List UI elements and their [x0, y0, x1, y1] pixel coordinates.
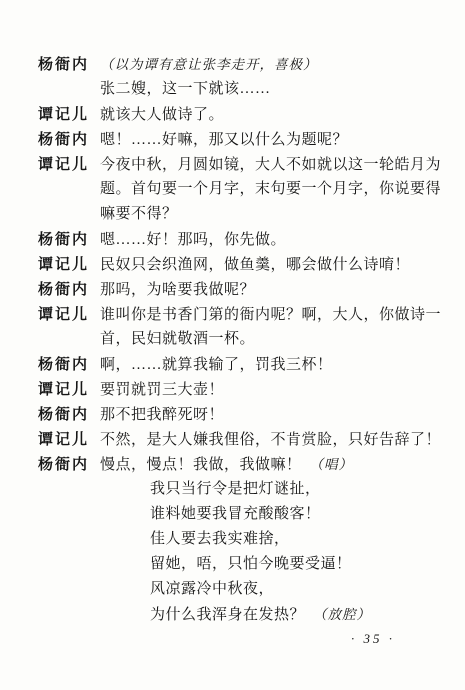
dialogue-text: 民奴只会织渔网，做鱼羹，哪会做什么诗唷！ — [100, 253, 410, 278]
script-line: 留她，唔，只怕今晚要受逼！ — [38, 552, 438, 577]
script-line: 我只当行令是把灯谜扯， — [38, 477, 438, 502]
dialogue-text: 那吗，为啥要我做呢？ — [100, 278, 255, 303]
script-text-block: 杨衙内 （以为谭有意让张李走开，喜极） 张二嫂，这一下就该…… 谭记儿 就该大人… — [38, 52, 438, 627]
verse-line: 佳人要去我实难捨， — [38, 527, 290, 552]
speaker-name: 杨衙内 — [38, 127, 100, 152]
script-line: 谭记儿 民奴只会织渔网，做鱼羹，哪会做什么诗唷！ — [38, 252, 438, 277]
dialogue-text: 慢点，慢点！我做，我做嘛！ — [100, 453, 302, 478]
speaker-name: 杨衙内 — [38, 452, 100, 477]
speaker-name: 谭记儿 — [38, 102, 100, 127]
stage-note: （放腔） — [313, 602, 371, 627]
script-line: 谭记儿 要罚就罚三大壶！ — [38, 377, 438, 402]
speaker-name: 谭记儿 — [38, 377, 100, 402]
dialogue-text: 不然，是大人嫌我俚俗，不肯赏脸，只好告辞了！ — [100, 428, 441, 453]
script-line: 题。首句要一个月字，末句要一个月字，你说要得 — [38, 177, 438, 202]
script-line: 杨衙内 （以为谭有意让张李走开，喜极） — [38, 52, 438, 77]
dialogue-text: 嘛要不得？ — [38, 202, 178, 227]
speaker-name: 谭记儿 — [38, 427, 100, 452]
script-line: 杨衙内 啊，……就算我输了，罚我三杯！ — [38, 352, 438, 377]
speaker-name: 杨衙内 — [38, 352, 100, 377]
dialogue-text: 张二嫂，这一下就该…… — [38, 77, 271, 102]
dialogue-text: 题。首句要一个月字，末句要一个月字，你说要得 — [38, 177, 441, 202]
speaker-name: 杨衙内 — [38, 227, 100, 252]
speaker-name: 杨衙内 — [38, 277, 100, 302]
verse-line: 留她，唔，只怕今晚要受逼！ — [38, 552, 352, 577]
page-number: · 35 · — [351, 631, 395, 647]
dialogue-text: 嗯！……好嘛，那又以什么为题呢？ — [100, 128, 348, 153]
script-line: 首，民妇就敬酒一杯。 — [38, 327, 438, 352]
script-line: 谁料她要我冒充酸酸客！ — [38, 502, 438, 527]
script-line: 佳人要去我实难捨， — [38, 527, 438, 552]
sing-cue: （唱） — [310, 452, 354, 477]
dialogue-text: 谁叫你是书香门第的衙内呢？啊，大人，你做诗一 — [100, 303, 441, 328]
script-line: 谭记儿 不然，是大人嫌我俚俗，不肯赏脸，只好告辞了！ — [38, 427, 438, 452]
script-line: 张二嫂，这一下就该…… — [38, 77, 438, 102]
dialogue-text: 今夜中秋，月圆如镜，大人不如就以这一轮皓月为 — [100, 153, 441, 178]
script-line: 谭记儿 今夜中秋，月圆如镜，大人不如就以这一轮皓月为 — [38, 152, 438, 177]
script-line: 杨衙内 嗯！……好嘛，那又以什么为题呢？ — [38, 127, 438, 152]
script-line: 杨衙内 那吗，为啥要我做呢？ — [38, 277, 438, 302]
dialogue-text: 嗯……好！那吗，你先做。 — [100, 228, 286, 253]
verse-line: 我只当行令是把灯谜扯， — [38, 477, 321, 502]
script-line: 杨衙内 那不把我醉死呀！ — [38, 402, 438, 427]
dialogue-text: 首，民妇就敬酒一杯。 — [38, 327, 255, 352]
script-line: 风凉露冷中秋夜， — [38, 577, 438, 602]
script-line: 为什么我浑身在发热？ （放腔） — [38, 602, 438, 627]
script-line: 谭记儿 谁叫你是书香门第的衙内呢？啊，大人，你做诗一 — [38, 302, 438, 327]
script-page: 杨衙内 （以为谭有意让张李走开，喜极） 张二嫂，这一下就该…… 谭记儿 就该大人… — [0, 0, 465, 690]
dialogue-text: 要罚就罚三大壶！ — [100, 378, 224, 403]
verse-line: 风凉露冷中秋夜， — [38, 577, 274, 602]
dialogue-text: 那不把我醉死呀！ — [100, 403, 224, 428]
script-line: 谭记儿 就该大人做诗了。 — [38, 102, 438, 127]
dialogue-text: 就该大人做诗了。 — [100, 103, 224, 128]
speaker-name: 谭记儿 — [38, 252, 100, 277]
speaker-name: 杨衙内 — [38, 52, 100, 77]
verse-line: 为什么我浑身在发热？ — [38, 603, 305, 628]
script-line: 杨衙内 慢点，慢点！我做，我做嘛！ （唱） — [38, 452, 438, 477]
stage-direction: （以为谭有意让张李走开，喜极） — [100, 52, 318, 77]
script-line: 嘛要不得？ — [38, 202, 438, 227]
speaker-name: 谭记儿 — [38, 302, 100, 327]
verse-line: 谁料她要我冒充酸酸客！ — [38, 502, 321, 527]
script-line: 杨衙内 嗯……好！那吗，你先做。 — [38, 227, 438, 252]
dialogue-text: 啊，……就算我输了，罚我三杯！ — [100, 353, 333, 378]
speaker-name: 杨衙内 — [38, 402, 100, 427]
speaker-name: 谭记儿 — [38, 152, 100, 177]
